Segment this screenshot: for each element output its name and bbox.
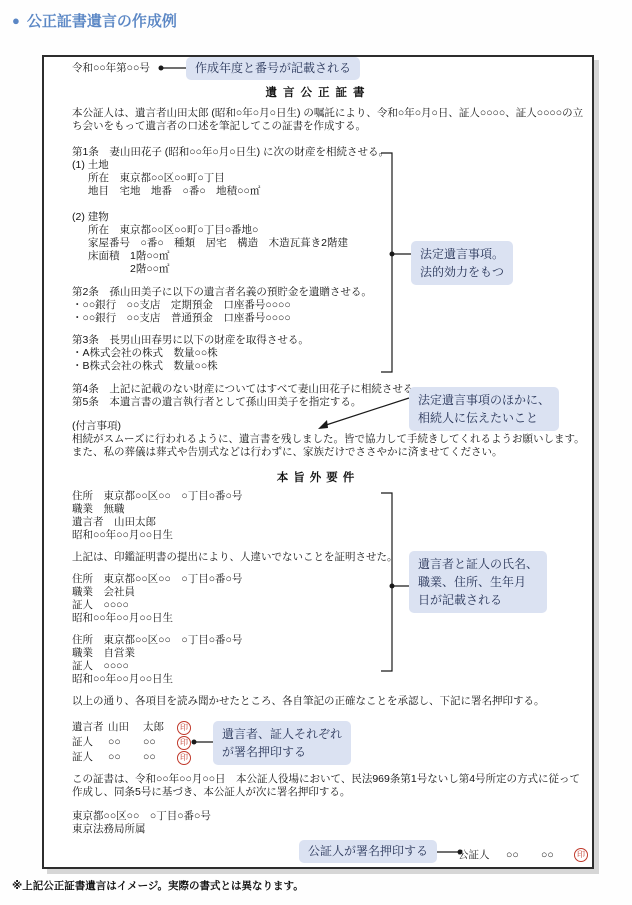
testator-name: 遺言者 山田太郎 [72,516,242,529]
signer-family-name: 山田 [108,721,143,734]
notary-role: 公証人 [458,847,506,862]
article2-item1: ・○○銀行 ○○支店 定期預金 口座番号○○○○ [72,299,372,312]
callout-notary-sign: 公証人が署名押印する [299,840,437,863]
notary-address-block: 東京都○○区○○ ○丁目○番○号 東京法務局所属 [72,810,211,836]
article1-block: 第1条 妻山田花子 (昭和○○年○月○日生) に次の財産を相続させる。 (1) … [72,146,389,198]
certify-text: 上記は、印鑑証明書の提出により、人違いでないことを証明させた。 [72,551,398,564]
case-number: 令和○○年第○○号 [72,62,150,75]
testator-occupation: 職業 無職 [72,503,242,516]
callout-text: 遺言者と証人の氏名、 [418,555,538,573]
signature-row: 証人 ○○ ○○ 印 [72,750,191,765]
building-floor2: 2階○○㎡ [72,263,348,276]
signer-given-name: 太郎 [143,721,177,734]
callout-signatures: 遺言者、証人それぞれ が署名押印する [213,721,351,765]
signer-role: 証人 [72,736,108,749]
witness1-address: 住所 東京都○○区○○ ○丁目○番○号 [72,573,242,586]
signer-family-name: ○○ [108,751,143,764]
witness2-address: 住所 東京都○○区○○ ○丁目○番○号 [72,634,242,647]
signature-row: 証人 ○○ ○○ 印 [72,735,191,750]
signer-role: 遺言者 [72,721,108,734]
article3-title: 第3条 長男山田春男に以下の財産を取得させる。 [72,334,309,347]
callout-text: 相続人に伝えたいこと [418,409,550,427]
honshi-title: 本旨外要件 [44,469,592,485]
signer-role: 証人 [72,751,108,764]
page: ● 公正証書遺言の作成例 令和○○年第○○号 遺言公正証書 本公証人は、遺言者山… [0,0,632,905]
notary-family-name: ○○ [506,849,541,861]
signature-block: 遺言者 山田 太郎 印 証人 ○○ ○○ 印 証人 ○○ ○○ 印 [72,720,191,765]
callout-legal-items: 法定遺言事項。 法的効力をもつ [411,241,513,285]
callout-identity: 遺言者と証人の氏名、 職業、住所、生年月 日が記載される [409,551,547,613]
witness2-block: 住所 東京都○○区○○ ○丁目○番○号 職業 自営業 証人 ○○○○ 昭和○○年… [72,634,242,686]
page-title: 公正証書遺言の作成例 [27,10,177,31]
fugen-text: 相続がスムーズに行われるように、遺言書を残しました。皆で協力して手続きしてくれる… [72,433,588,459]
article4-text: 第4条 上記に記載のない財産についてはすべて妻山田花子に相続させる。 [72,383,424,396]
deed-text: この証書は、令和○○年○○月○○日 本公証人役場において、民法969条第1号ない… [72,773,588,799]
intro-paragraph: 本公証人は、遺言者山田太郎 (昭和○年○月○日生) の嘱託により、令和○年○月○… [72,107,588,133]
building-floor1: 床面積 1階○○㎡ [72,250,348,263]
callout-text: が署名押印する [222,743,342,761]
certify-line: 上記は、印鑑証明書の提出により、人違いでないことを証明させた。 [72,551,398,564]
callout-case-number: 作成年度と番号が記載される [186,57,360,80]
callout-text: 法定遺言事項。 [420,245,504,263]
building-label: (2) 建物 [72,211,348,224]
seal-stamp-icon: 印 [574,848,588,862]
intro-text: 本公証人は、遺言者山田太郎 (昭和○年○月○日生) の嘱託により、令和○年○月○… [72,107,588,133]
witness2-occupation: 職業 自営業 [72,647,242,660]
callout-text: 公証人が署名押印する [308,844,428,858]
witness1-occupation: 職業 会社員 [72,586,242,599]
article2-block: 第2条 孫山田美子に以下の遺言者名義の預貯金を遺贈させる。 ・○○銀行 ○○支店… [72,286,372,325]
witness1-birth: 昭和○○年○○月○○日生 [72,612,242,625]
notary-address: 東京都○○区○○ ○丁目○番○号 [72,810,211,823]
article3-item1: ・A株式会社の株式 数量○○株 [72,347,309,360]
callout-text: 法定遺言事項のほかに、 [418,391,550,409]
callout-text: 日が記載される [418,591,538,609]
callout-text: 遺言者、証人それぞれ [222,725,342,743]
witness1-block: 住所 東京都○○区○○ ○丁目○番○号 職業 会社員 証人 ○○○○ 昭和○○年… [72,573,242,625]
testator-address: 住所 東京都○○区○○ ○丁目○番○号 [72,490,242,503]
building-number: 家屋番号 ○番○ 種類 居宅 構造 木造瓦葺き2階建 [72,237,348,250]
footnote: ※上記公正証書遺言はイメージ。実際の書式とは異なります。 [12,878,304,893]
signer-given-name: ○○ [143,751,177,764]
article3-item2: ・B株式会社の株式 数量○○株 [72,360,309,373]
testator-birth: 昭和○○年○○月○○日生 [72,529,242,542]
article45-block: 第4条 上記に記載のない財産についてはすべて妻山田花子に相続させる。 第5条 本… [72,383,424,409]
land-label: (1) 土地 [72,159,389,172]
building-location: 所在 東京都○○区○○町○丁目○番地○ [72,224,348,237]
land-category: 地目 宅地 地番 ○番○ 地積○○㎡ [72,185,389,198]
seal-stamp-icon: 印 [177,721,191,735]
seal-stamp-icon: 印 [177,736,191,750]
witness2-name: 証人 ○○○○ [72,660,242,673]
signer-family-name: ○○ [108,736,143,749]
article1-title: 第1条 妻山田花子 (昭和○○年○月○日生) に次の財産を相続させる。 [72,146,389,159]
confirm-text: 以上の通り、各項目を読み聞かせたところ、各自筆記の正確なことを承認し、下記に署名… [72,695,545,708]
article2-item2: ・○○銀行 ○○支店 普通預金 口座番号○○○○ [72,312,372,325]
signature-row: 遺言者 山田 太郎 印 [72,720,191,735]
testator-block: 住所 東京都○○区○○ ○丁目○番○号 職業 無職 遺言者 山田太郎 昭和○○年… [72,490,242,542]
case-number-line: 令和○○年第○○号 [72,62,150,75]
article5-text: 第5条 本遺言書の遺言執行者として孫山田美子を指定する。 [72,396,424,409]
seal-stamp-icon: 印 [177,751,191,765]
callout-text: 作成年度と番号が記載される [195,61,351,75]
deed-paragraph: この証書は、令和○○年○○月○○日 本公証人役場において、民法969条第1号ない… [72,773,588,799]
bullet-icon: ● [12,14,20,27]
callout-text: 法的効力をもつ [420,263,504,281]
article3-block: 第3条 長男山田春男に以下の財産を取得させる。 ・A株式会社の株式 数量○○株 … [72,334,309,373]
witness1-name: 証人 ○○○○ [72,599,242,612]
page-heading: ● 公正証書遺言の作成例 [12,10,177,31]
building-block: (2) 建物 所在 東京都○○区○○町○丁目○番地○ 家屋番号 ○番○ 種類 居… [72,211,348,276]
article2-title: 第2条 孫山田美子に以下の遺言者名義の預貯金を遺贈させる。 [72,286,372,299]
notary-affiliation: 東京法務局所属 [72,823,211,836]
notary-signature-row: 公証人 ○○ ○○ 印 [458,847,588,862]
confirm-line: 以上の通り、各項目を読み聞かせたところ、各自筆記の正確なことを承認し、下記に署名… [72,695,545,708]
land-location: 所在 東京都○○区○○町○丁目 [72,172,389,185]
notary-given-name: ○○ [541,849,574,861]
callout-addendum: 法定遺言事項のほかに、 相続人に伝えたいこと [409,387,559,431]
callout-text: 職業、住所、生年月 [418,573,538,591]
witness2-birth: 昭和○○年○○月○○日生 [72,673,242,686]
document-title: 遺言公正証書 [44,84,592,100]
signer-given-name: ○○ [143,736,177,749]
